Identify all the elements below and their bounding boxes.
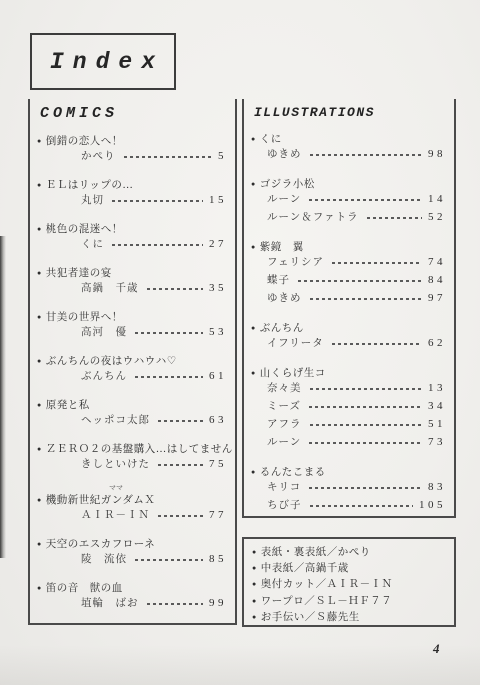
page-ref: 52	[428, 211, 446, 223]
index-entry: ●ＺＥＲＯ２の基盤購入…はしてませんきしといけた75	[37, 441, 227, 473]
entry-title: ●天空のエスカフローネ	[37, 536, 227, 551]
dot-leader	[367, 217, 422, 219]
bullet-icon: ●	[252, 545, 257, 560]
index-entry: ●紫鏡 翼フェリシア74蝶子84ゆきめ97	[251, 239, 446, 308]
dot-leader	[112, 200, 203, 202]
artist-name: アフラ	[267, 416, 302, 431]
artist-name: きしといけた	[81, 456, 150, 471]
page-ref: 61	[209, 370, 227, 382]
page-ref: 27	[209, 238, 227, 250]
entry-title: ●紫鏡 翼	[251, 239, 446, 254]
bullet-icon: ●	[252, 594, 257, 609]
bullet-icon: ●	[37, 445, 42, 453]
credit-line: ルーン73	[267, 434, 446, 452]
credit-line: ゆきめ97	[267, 290, 446, 308]
dot-leader	[158, 515, 203, 517]
bullet-icon: ●	[252, 610, 257, 625]
entry-title-text: ぶんちん	[260, 320, 304, 335]
scan-gutter-shadow	[0, 236, 6, 558]
page-ref: 84	[428, 274, 446, 286]
credit-item-text: お手伝い／Ｓ藤先生	[261, 610, 360, 625]
entry-title-text: ぶんちんの夜はウハウハ♡	[46, 353, 177, 368]
index-entry: ●笛の音 獣の血埴輪 ばお99	[37, 580, 227, 612]
page-ref: 35	[209, 282, 227, 294]
bullet-icon: ●	[37, 540, 42, 548]
bullet-icon: ●	[251, 324, 256, 332]
credit-item: ●奥付カット／ＡＩＲ－ＩＮ	[252, 577, 448, 593]
artist-name: フェリシア	[267, 254, 324, 269]
bullet-icon: ●	[251, 180, 256, 188]
entry-title-text: くに	[260, 131, 282, 146]
credit-item: ●ワープロ／ＳＬ－ＨＦ７７	[252, 594, 448, 610]
dot-leader	[309, 199, 422, 201]
dot-leader	[124, 156, 213, 158]
folio-page-number: 4	[433, 641, 440, 657]
bullet-icon: ●	[37, 181, 42, 189]
production-credits-list: ●表紙・裏表紙／かぺり●中表紙／高鍋千歳●奥付カット／ＡＩＲ－ＩＮ●ワープロ／Ｓ…	[252, 545, 448, 626]
dot-leader	[309, 442, 422, 444]
entry-title-text: ゴジラ小松	[260, 176, 315, 191]
scanned-index-page: Index COMICS ●倒錯の恋人へ！かぺり5●ＥＬはリップの…丸切15●桃…	[0, 0, 480, 685]
entry-title-text: 笛の音 獣の血	[46, 580, 123, 595]
bullet-icon: ●	[37, 401, 42, 409]
artist-name: ミーズ	[267, 398, 301, 413]
dot-leader	[310, 388, 423, 390]
entry-title: ●山くらげ生コ	[251, 365, 446, 380]
bullet-icon: ●	[251, 369, 256, 377]
artist-name: ルーン＆ファトラ	[267, 209, 359, 224]
entry-title-text: 桃色の混迷へ！	[46, 221, 123, 236]
entry-title: ●るんたこまる	[251, 464, 446, 479]
artist-name: 陵 流依	[81, 551, 127, 566]
index-entry: ●天空のエスカフローネ陵 流依85	[37, 536, 227, 568]
page-ref: 14	[428, 193, 446, 205]
dot-leader	[309, 487, 422, 489]
bullet-icon: ●	[37, 225, 42, 233]
index-entry: ママ●機動新世紀ガンダムＸＡＩＲ－ＩＮ77	[37, 485, 227, 524]
artist-name: ゆきめ	[267, 290, 302, 305]
artist-name: ちび子	[267, 497, 302, 512]
index-entry: ●ゴジラ小松ルーン14ルーン＆ファトラ52	[251, 176, 446, 227]
entry-title-text: 倒錯の恋人へ！	[46, 133, 123, 148]
index-entry: ●るんたこまるキリコ83ちび子105	[251, 464, 446, 515]
page-ref: 51	[428, 418, 446, 430]
page-ref: 63	[209, 414, 227, 426]
credit-line: 高鍋 千歳35	[81, 280, 227, 297]
entry-title-text: ＥＬはリップの…	[46, 177, 134, 192]
page-ref: 34	[428, 400, 446, 412]
index-entry: ●山くらげ生コ奈々美13ミーズ34アフラ51ルーン73	[251, 365, 446, 452]
entry-title-text: 共犯者達の宴	[46, 265, 112, 280]
dot-leader	[158, 420, 203, 422]
page-ref: 98	[428, 148, 446, 160]
page-ref: 77	[209, 509, 227, 521]
credit-line: ちび子105	[267, 497, 446, 515]
bullet-icon: ●	[37, 584, 42, 592]
bullet-icon: ●	[37, 496, 42, 504]
artist-name: 奈々美	[267, 380, 302, 395]
dot-leader	[310, 298, 423, 300]
comics-header: COMICS	[40, 105, 227, 122]
index-entry: ●桃色の混迷へ！くに27	[37, 221, 227, 253]
page-ref: 5	[218, 150, 227, 162]
entry-title-text: 天空のエスカフローネ	[46, 536, 155, 551]
index-entry: ●倒錯の恋人へ！かぺり5	[37, 133, 227, 165]
dot-leader	[310, 154, 423, 156]
dot-leader	[112, 244, 203, 246]
dot-leader	[135, 332, 203, 334]
credit-line: ルーン14	[267, 191, 446, 209]
page-ref: 13	[428, 382, 446, 394]
credit-line: 奈々美13	[267, 380, 446, 398]
index-entry: ●ぶんちんの夜はウハウハ♡ぶんちん61	[37, 353, 227, 385]
entry-title: ●くに	[251, 131, 446, 146]
bullet-icon: ●	[37, 269, 42, 277]
artist-name: ゆきめ	[267, 146, 302, 161]
illustrations-column: ILLUSTRATIONS ●くにゆきめ98●ゴジラ小松ルーン14ルーン＆ファト…	[242, 99, 456, 518]
credit-item-text: 表紙・裏表紙／かぺり	[261, 545, 371, 560]
credit-line: ＡＩＲ－ＩＮ77	[81, 507, 227, 524]
artist-name: ルーン	[267, 191, 301, 206]
entry-title: ●原発と私	[37, 397, 227, 412]
bullet-icon: ●	[252, 577, 257, 592]
index-entry: ●ＥＬはリップの…丸切15	[37, 177, 227, 209]
entry-title: ●ＥＬはリップの…	[37, 177, 227, 192]
dot-leader	[158, 464, 203, 466]
index-entry: ●共犯者達の宴高鍋 千歳35	[37, 265, 227, 297]
artist-name: ルーン	[267, 434, 301, 449]
dot-leader	[147, 288, 204, 290]
bullet-icon: ●	[37, 137, 42, 145]
bullet-icon: ●	[251, 243, 256, 251]
index-entry: ●くにゆきめ98	[251, 131, 446, 164]
entry-title-text: 紫鏡 翼	[260, 239, 304, 254]
dot-leader	[332, 262, 422, 264]
credit-item-text: ワープロ／ＳＬ－ＨＦ７７	[261, 594, 392, 609]
page-ref: 62	[428, 337, 446, 349]
credit-item-text: 奥付カット／ＡＩＲ－ＩＮ	[261, 577, 393, 592]
credit-line: ミーズ34	[267, 398, 446, 416]
entry-title: ●甘美の世界へ！	[37, 309, 227, 324]
entry-title: ●笛の音 獣の血	[37, 580, 227, 595]
page-ref: 73	[428, 436, 446, 448]
dot-leader	[309, 406, 422, 408]
page-ref: 97	[428, 292, 446, 304]
credit-item: ●お手伝い／Ｓ藤先生	[252, 610, 448, 626]
artist-name: 埴輪 ばお	[81, 595, 139, 610]
artist-name: キリコ	[267, 479, 301, 494]
entry-title-text: 機動新世紀ガンダムＸ	[46, 492, 156, 507]
comics-entry-list: ●倒錯の恋人へ！かぺり5●ＥＬはリップの…丸切15●桃色の混迷へ！くに27●共犯…	[37, 133, 227, 612]
credit-item: ●表紙・裏表紙／かぺり	[252, 545, 448, 561]
artist-name: ヘッポコ太郎	[81, 412, 150, 427]
entry-title-text: 山くらげ生コ	[260, 365, 326, 380]
artist-name: 蝶子	[267, 272, 290, 287]
bullet-icon: ●	[252, 561, 257, 576]
index-title-box: Index	[30, 33, 176, 90]
entry-title: ●倒錯の恋人へ！	[37, 133, 227, 148]
credit-line: ぶんちん61	[81, 368, 227, 385]
entry-title-text: 甘美の世界へ！	[46, 309, 123, 324]
page-ref: 74	[428, 256, 446, 268]
bullet-icon: ●	[251, 135, 256, 143]
page-ref: 75	[209, 458, 227, 470]
illustrations-header: ILLUSTRATIONS	[254, 105, 446, 120]
credit-line: ヘッポコ太郎63	[81, 412, 227, 429]
dot-leader	[310, 505, 414, 507]
page-ref: 99	[209, 597, 227, 609]
page-ref: 83	[428, 481, 446, 493]
credit-line: アフラ51	[267, 416, 446, 434]
page-ref: 105	[419, 499, 446, 511]
bullet-icon: ●	[37, 357, 42, 365]
entry-title-text: ＺＥＲＯ２の基盤購入…はしてません	[46, 441, 233, 456]
bullet-icon: ●	[251, 468, 256, 476]
credit-line: 蝶子84	[267, 272, 446, 290]
page-title: Index	[42, 49, 164, 75]
credit-line: フェリシア74	[267, 254, 446, 272]
dot-leader	[332, 343, 422, 345]
credit-line: きしといけた75	[81, 456, 227, 473]
credit-line: かぺり5	[81, 148, 227, 165]
credit-item: ●中表紙／高鍋千歳	[252, 561, 448, 577]
artist-name: ぶんちん	[81, 368, 127, 383]
dot-leader	[147, 603, 204, 605]
illustrations-entry-list: ●くにゆきめ98●ゴジラ小松ルーン14ルーン＆ファトラ52●紫鏡 翼フェリシア7…	[251, 131, 446, 515]
entry-title-text: 原発と私	[46, 397, 90, 412]
credit-line: ルーン＆ファトラ52	[267, 209, 446, 227]
bullet-icon: ●	[37, 313, 42, 321]
credit-line: ゆきめ98	[267, 146, 446, 164]
page-ref: 15	[209, 194, 227, 206]
credit-line: キリコ83	[267, 479, 446, 497]
entry-title: ●ぶんちん	[251, 320, 446, 335]
scan-bottom-shading	[0, 645, 480, 685]
dot-leader	[298, 280, 422, 282]
credit-line: くに27	[81, 236, 227, 253]
entry-title: ●ぶんちんの夜はウハウハ♡	[37, 353, 227, 368]
page-ref: 53	[209, 326, 227, 338]
artist-name: くに	[81, 236, 104, 251]
entry-title: ●ゴジラ小松	[251, 176, 446, 191]
entry-title: ●桃色の混迷へ！	[37, 221, 227, 236]
entry-title: ●機動新世紀ガンダムＸ	[37, 492, 227, 507]
production-credits-box: ●表紙・裏表紙／かぺり●中表紙／高鍋千歳●奥付カット／ＡＩＲ－ＩＮ●ワープロ／Ｓ…	[242, 537, 456, 627]
artist-name: ＡＩＲ－ＩＮ	[81, 507, 150, 522]
entry-title: ●ＺＥＲＯ２の基盤購入…はしてません	[37, 441, 227, 456]
comics-column: COMICS ●倒錯の恋人へ！かぺり5●ＥＬはリップの…丸切15●桃色の混迷へ！…	[28, 99, 237, 625]
credit-line: 高河 優53	[81, 324, 227, 341]
dot-leader	[310, 424, 423, 426]
dot-leader	[135, 376, 203, 378]
page-ref: 85	[209, 553, 227, 565]
artist-name: 高鍋 千歳	[81, 280, 139, 295]
artist-name: 高河 優	[81, 324, 127, 339]
index-entry: ●原発と私ヘッポコ太郎63	[37, 397, 227, 429]
index-entry: ●ぶんちんイフリータ62	[251, 320, 446, 353]
artist-name: 丸切	[81, 192, 104, 207]
index-entry: ●甘美の世界へ！高河 優53	[37, 309, 227, 341]
credit-line: イフリータ62	[267, 335, 446, 353]
dot-leader	[135, 559, 203, 561]
credit-item-text: 中表紙／高鍋千歳	[261, 561, 349, 576]
artist-name: かぺり	[81, 148, 116, 163]
artist-name: イフリータ	[267, 335, 324, 350]
entry-title-text: るんたこまる	[260, 464, 326, 479]
credit-line: 埴輪 ばお99	[81, 595, 227, 612]
credit-line: 丸切15	[81, 192, 227, 209]
entry-title: ●共犯者達の宴	[37, 265, 227, 280]
sic-mark-note: ママ	[109, 485, 227, 492]
credit-line: 陵 流依85	[81, 551, 227, 568]
